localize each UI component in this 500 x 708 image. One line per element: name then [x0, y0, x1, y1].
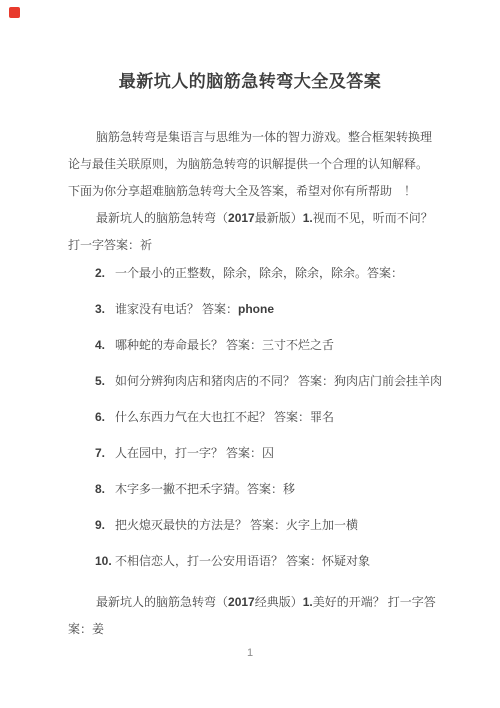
intro-line: 脑筋急转弯是集语言与思维为一体的智力游戏。整合框架转换理: [68, 124, 432, 151]
list-item-text: 一个最小的正整数，除余，除余，除余，除余。答案：: [112, 266, 403, 280]
list-item-text: 把火熄灭最快的方法是？ 答案：火字上加一横: [112, 518, 358, 532]
section1-heading-line2: 打一字答案：祈: [68, 232, 432, 259]
list-item-text: 什么东西力气在大也扛不起？ 答案：罪名: [112, 410, 334, 424]
section2-heading: 最新坑人的脑筋急转弯（2017经典版）1.美好的开端？ 打一字答 案：姜: [68, 589, 432, 643]
list-item-number: 5.: [95, 368, 112, 395]
list-item-number: 4.: [95, 332, 112, 359]
list-item-number: 10.: [95, 548, 112, 575]
list-item-text: 谁家没有电话？ 答案：: [112, 302, 238, 316]
list-item-number: 3.: [95, 296, 112, 323]
list-item: 2. 一个最小的正整数，除余，除余，除余，除余。答案：: [68, 260, 432, 287]
list-item-text: 人在园中，打一字？ 答案：囚: [112, 446, 274, 460]
heading-text: 最新版）: [255, 211, 303, 225]
list-item-text: 木字多一撇不把禾字猜。答案：移: [112, 482, 295, 496]
list-item-text: 不相信恋人，打一公安用语语？ 答案：怀疑对象: [112, 554, 370, 568]
list-item: 10. 不相信恋人，打一公安用语语？ 答案：怀疑对象: [68, 548, 432, 575]
intro-line: 论与最佳关联原则，为脑筋急转弯的识解提供一个合理的认知解释。: [68, 151, 432, 178]
document-body: 脑筋急转弯是集语言与思维为一体的智力游戏。整合框架转换理 论与最佳关联原则，为脑…: [0, 124, 500, 643]
list-item: 3. 谁家没有电话？ 答案：phone: [68, 296, 432, 323]
heading-text: 视而不见，听而不问？: [313, 211, 433, 225]
list-item-number: 2.: [95, 260, 112, 287]
list-item-text: 如何分辨狗肉店和猪肉店的不同？ 答案：狗肉店门前会挂羊肉: [112, 374, 442, 388]
heading-item-number: 1.: [303, 595, 313, 609]
list-item-number: 8.: [95, 476, 112, 503]
list-item: 6. 什么东西力气在大也扛不起？ 答案：罪名: [68, 404, 432, 431]
heading-text: 最新坑人的脑筋急转弯（: [96, 211, 228, 225]
section1-heading-line1: 最新坑人的脑筋急转弯（2017最新版）1.视而不见，听而不问？: [68, 205, 432, 232]
heading-year: 2017: [228, 211, 255, 225]
heading-year: 2017: [228, 595, 255, 609]
section2-heading-line1: 最新坑人的脑筋急转弯（2017经典版）1.美好的开端？ 打一字答: [68, 589, 432, 616]
section2-heading-line2: 案：姜: [68, 616, 432, 643]
list-item-number: 7.: [95, 440, 112, 467]
heading-text: 经典版）: [255, 595, 303, 609]
heading-text: 最新坑人的脑筋急转弯（: [96, 595, 228, 609]
list-item: 9. 把火熄灭最快的方法是？ 答案：火字上加一横: [68, 512, 432, 539]
list-item-text: 哪种蛇的寿命最长？ 答案：三寸不烂之舌: [112, 338, 334, 352]
list-item: 4. 哪种蛇的寿命最长？ 答案：三寸不烂之舌: [68, 332, 432, 359]
intro-paragraph: 脑筋急转弯是集语言与思维为一体的智力游戏。整合框架转换理 论与最佳关联原则，为脑…: [68, 124, 432, 205]
riddle-list: 2. 一个最小的正整数，除余，除余，除余，除余。答案：3. 谁家没有电话？ 答案…: [68, 260, 432, 575]
list-item: 5. 如何分辨狗肉店和猪肉店的不同？ 答案：狗肉店门前会挂羊肉: [68, 368, 432, 395]
section1-heading: 最新坑人的脑筋急转弯（2017最新版）1.视而不见，听而不问？ 打一字答案：祈: [68, 205, 432, 259]
page-number: 1: [0, 646, 500, 660]
intro-line: 下面为你分享超难脑筋急转弯大全及答案，希望对你有所帮助 ！: [68, 178, 432, 205]
list-item-number: 6.: [95, 404, 112, 431]
list-item: 7. 人在园中，打一字？ 答案：囚: [68, 440, 432, 467]
list-item-number: 9.: [95, 512, 112, 539]
list-item-answer-en: phone: [238, 302, 274, 316]
heading-text: 美好的开端？ 打一字答: [313, 595, 436, 609]
list-item: 8. 木字多一撇不把禾字猜。答案：移: [68, 476, 432, 503]
red-corner-icon: [9, 7, 20, 18]
page-title: 最新坑人的脑筋急转弯大全及答案: [0, 0, 500, 94]
heading-item-number: 1.: [303, 211, 313, 225]
document-page: 最新坑人的脑筋急转弯大全及答案 脑筋急转弯是集语言与思维为一体的智力游戏。整合框…: [0, 0, 500, 708]
